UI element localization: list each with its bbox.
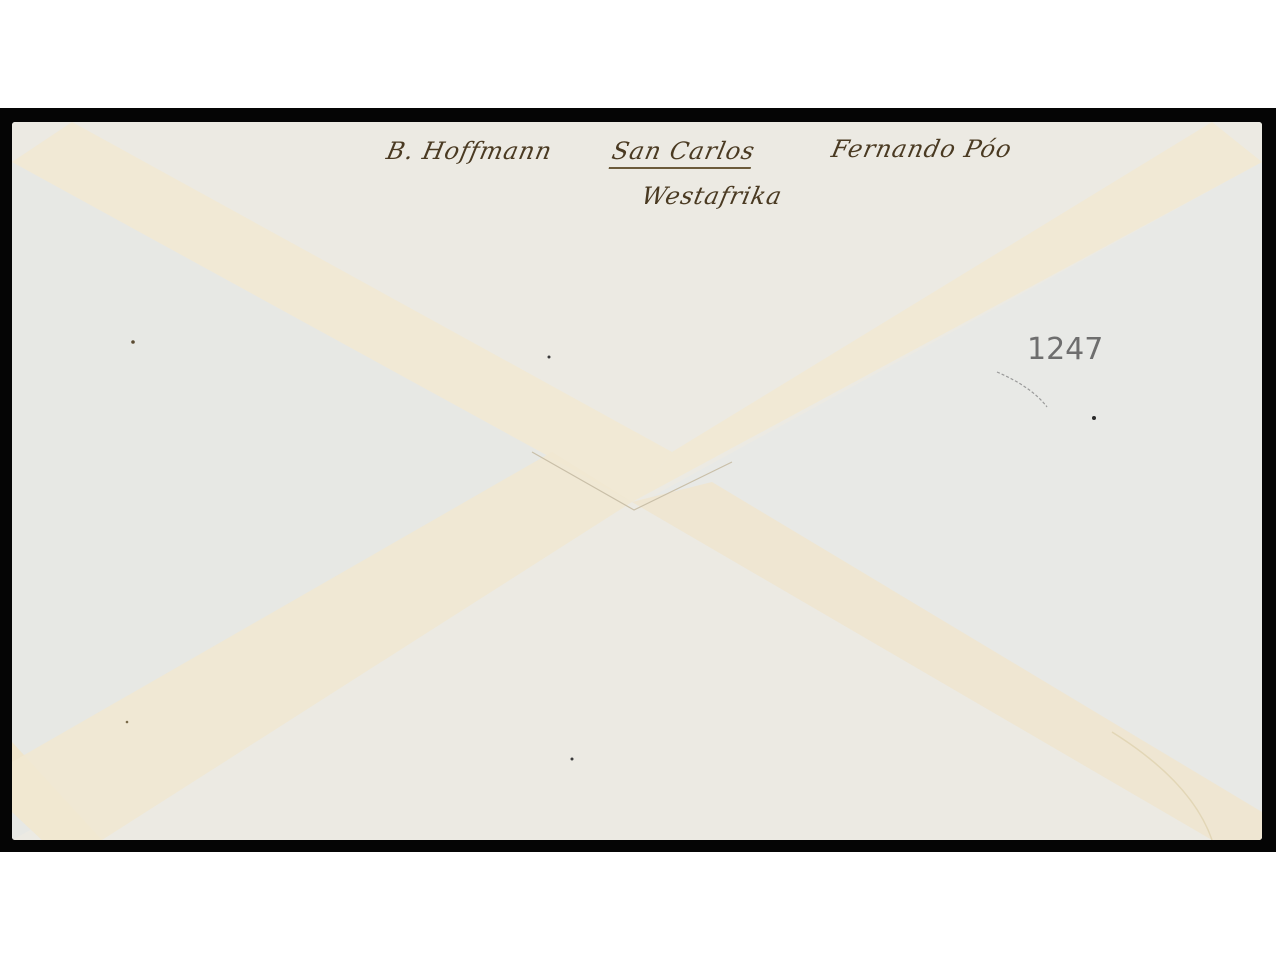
sender-name: B. Hoffmann <box>384 137 555 165</box>
sender-region: Westafrika <box>639 182 785 210</box>
pencil-lot-number: 1247 <box>1027 332 1103 367</box>
sender-town: San Carlos <box>609 137 758 169</box>
sender-island: Fernando Póo <box>829 135 1015 163</box>
envelope-flaps <box>12 122 1262 840</box>
envelope-back: B. Hoffmann San Carlos Fernando Póo West… <box>12 122 1262 840</box>
